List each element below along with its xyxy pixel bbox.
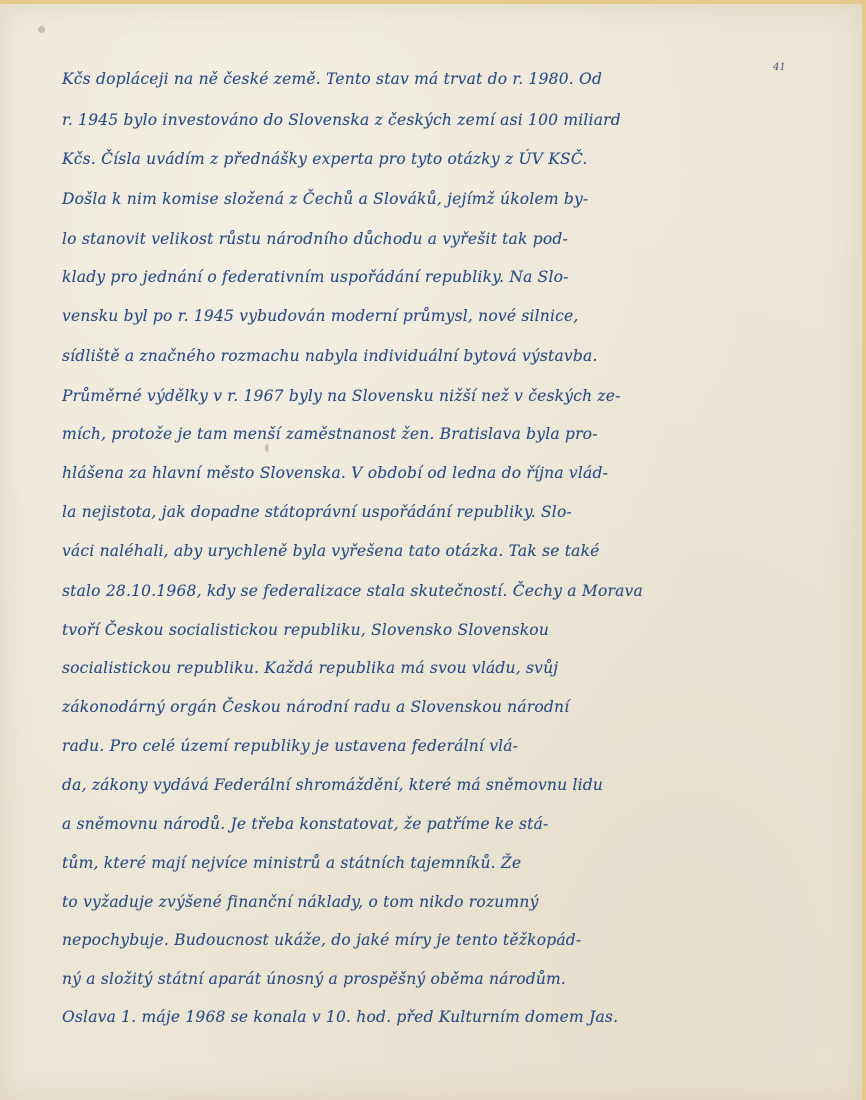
text-line: stalo 28.10.1968, kdy se federalizace st…: [62, 582, 782, 600]
text-line: zákonodárný orgán Českou národní radu a …: [62, 698, 782, 716]
page-edge: [862, 0, 866, 1100]
text-line: da, zákony vydává Federální shromáždění,…: [62, 776, 782, 794]
paper-stain: [265, 444, 269, 452]
text-line: socialistickou republiku. Každá republik…: [62, 659, 782, 677]
text-line: to vyžaduje zvýšené finanční náklady, o …: [62, 893, 782, 911]
text-line: váci naléhali, aby urychleně byla vyřeše…: [62, 542, 782, 560]
text-line: mích, protože je tam menší zaměstnanost …: [62, 425, 782, 443]
text-line: nepochybuje. Budoucnost ukáže, do jaké m…: [62, 931, 782, 949]
text-line: Průměrné výdělky v r. 1967 byly na Slove…: [62, 387, 782, 405]
text-line: tvoří Českou socialistickou republiku, S…: [62, 621, 782, 639]
text-line: a sněmovnu národů. Je třeba konstatovat,…: [62, 815, 782, 833]
text-line: r. 1945 bylo investováno do Slovenska z …: [62, 111, 782, 129]
text-line: sídliště a značného rozmachu nabyla indi…: [62, 347, 782, 365]
text-line: Kčs dopláceji na ně české země. Tento st…: [62, 70, 782, 88]
text-line: radu. Pro celé území republiky je ustave…: [62, 737, 782, 755]
text-line: Oslava 1. máje 1968 se konala v 10. hod.…: [62, 1008, 782, 1026]
manuscript-page: 41 Kčs dopláceji na ně české země. Tento…: [0, 4, 862, 1100]
text-line: Kčs. Čísla uvádím z přednášky experta pr…: [62, 150, 782, 168]
text-line: lo stanovit velikost růstu národního důc…: [62, 230, 782, 248]
text-line: Došla k nim komise složená z Čechů a Slo…: [62, 190, 782, 208]
paper-stain: [38, 26, 45, 33]
text-line: vensku byl po r. 1945 vybudován moderní …: [62, 307, 782, 325]
text-line: la nejistota, jak dopadne státoprávní us…: [62, 503, 782, 521]
text-line: ný a složitý státní aparát únosný a pros…: [62, 970, 782, 988]
text-line: tům, které mají nejvíce ministrů a státn…: [62, 854, 782, 872]
text-line: hlášena za hlavní město Slovenska. V obd…: [62, 464, 782, 482]
text-line: klady pro jednání o federativním uspořád…: [62, 268, 782, 286]
